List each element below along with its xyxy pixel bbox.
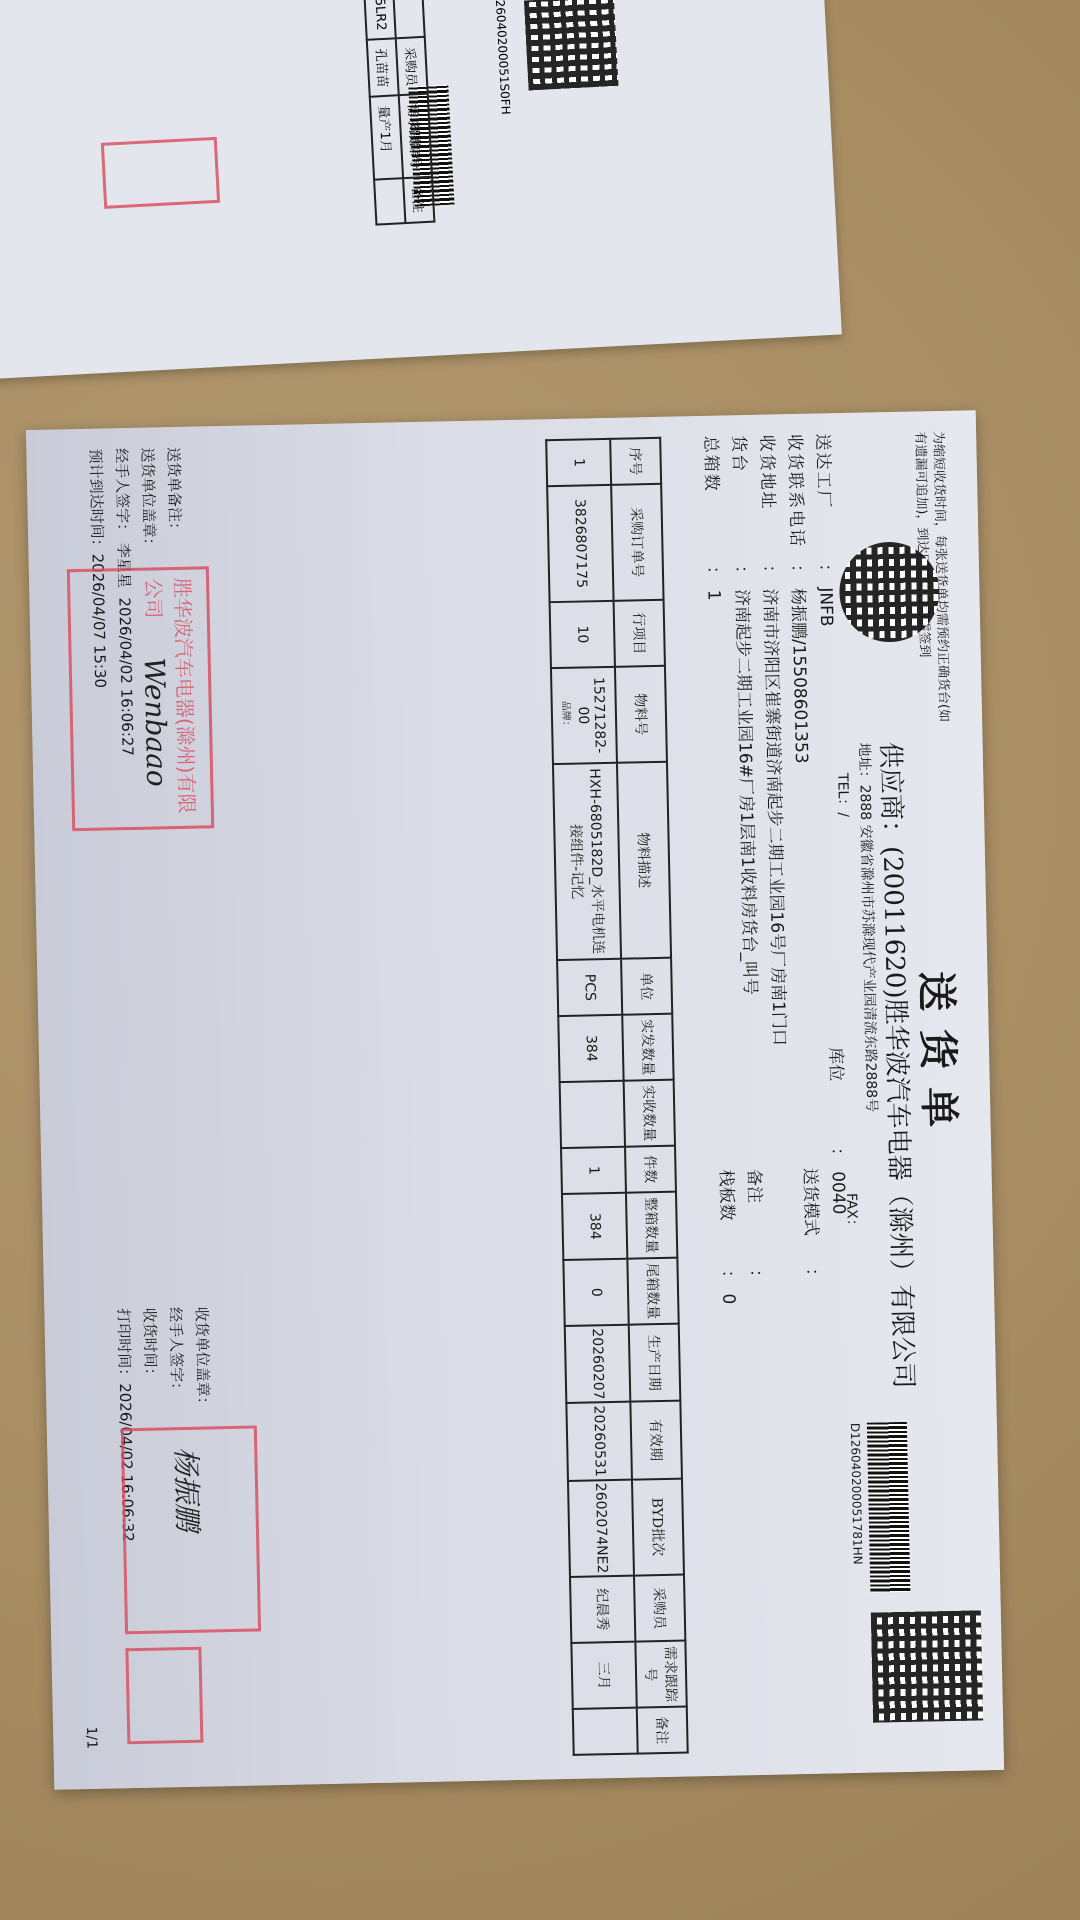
background-delivery-sheet: D126040200051S0FH BYD批次 采购员 需求跟踪号 备注 260… [0,0,842,379]
col-material: 物料号 [615,666,667,763]
document-title: 送货单 [910,970,971,1145]
bg-header-tracking: 需求跟踪号 [399,94,432,178]
col-pieces: 件数 [625,1146,676,1193]
red-stamp-small [101,137,220,209]
col-expiry: 有效期 [630,1401,682,1479]
col-tail-box: 尾箱数量 [627,1258,678,1325]
bg-value-remark [374,179,405,224]
barcode-text: D126040200051781HN [848,1423,865,1565]
delivery-note-sheet: 为缩短收货时间，每张送货单均需预约正确货台(如有遗漏可追加)，到达厂区货台均需签… [26,410,1004,1790]
delivery-fields: 送达工厂： JNFB 库位： 0040 收货联系电话： 杨振鹏/15508601… [696,433,854,1305]
bg-value-batch: 2601045LR2 [362,0,396,40]
bg-value-buyer: 孔苗苗 [367,39,399,97]
col-received: 实收数量 [624,1080,675,1147]
background-table: BYD批次 采购员 需求跟踪号 备注 2601045LR2 孔苗苗 量产1月 [360,0,435,225]
col-desc: 物料描述 [617,762,671,959]
col-line: 行项目 [614,600,665,667]
delivery-note-content: 为缩短收货时间，每张送货单均需预约正确货台(如有遗漏可追加)，到达厂区货台均需签… [26,410,1004,1790]
col-buyer: 采购员 [634,1575,685,1642]
qr-code-icon [871,1610,983,1722]
col-seq: 序号 [610,438,661,485]
barcode-icon [867,1422,911,1593]
page-number: 1/1 [83,1726,99,1749]
col-remark: 备注 [637,1707,688,1754]
col-batch: BYD批次 [632,1478,684,1576]
col-tracking: 需求跟踪号 [635,1641,686,1708]
receiver-signature: 杨振鹏 [167,1447,209,1532]
barcode-text: D126040200051S0FH [492,0,513,115]
col-unit: 单位 [621,958,672,1015]
qr-code-icon [524,0,619,90]
col-full-box: 整箱数量 [626,1192,677,1259]
red-stamp-small [125,1647,203,1745]
col-prod-date: 生产日期 [629,1324,681,1402]
bg-value-tracking: 量产1月 [370,96,403,180]
bg-header-remark: 备注 [403,177,434,222]
col-po: 采购订单号 [611,484,663,601]
col-shipped: 实发数量 [622,1014,673,1081]
bg-header-buyer: 采购员 [396,37,428,95]
items-table: 序号 采购订单号 行项目 物料号 物料描述 单位 实发数量 实收数量 件数 整箱… [545,437,689,1756]
supplier-signature: Wenbaao [138,657,174,787]
bg-header-batch: BYD批次 [391,0,425,39]
